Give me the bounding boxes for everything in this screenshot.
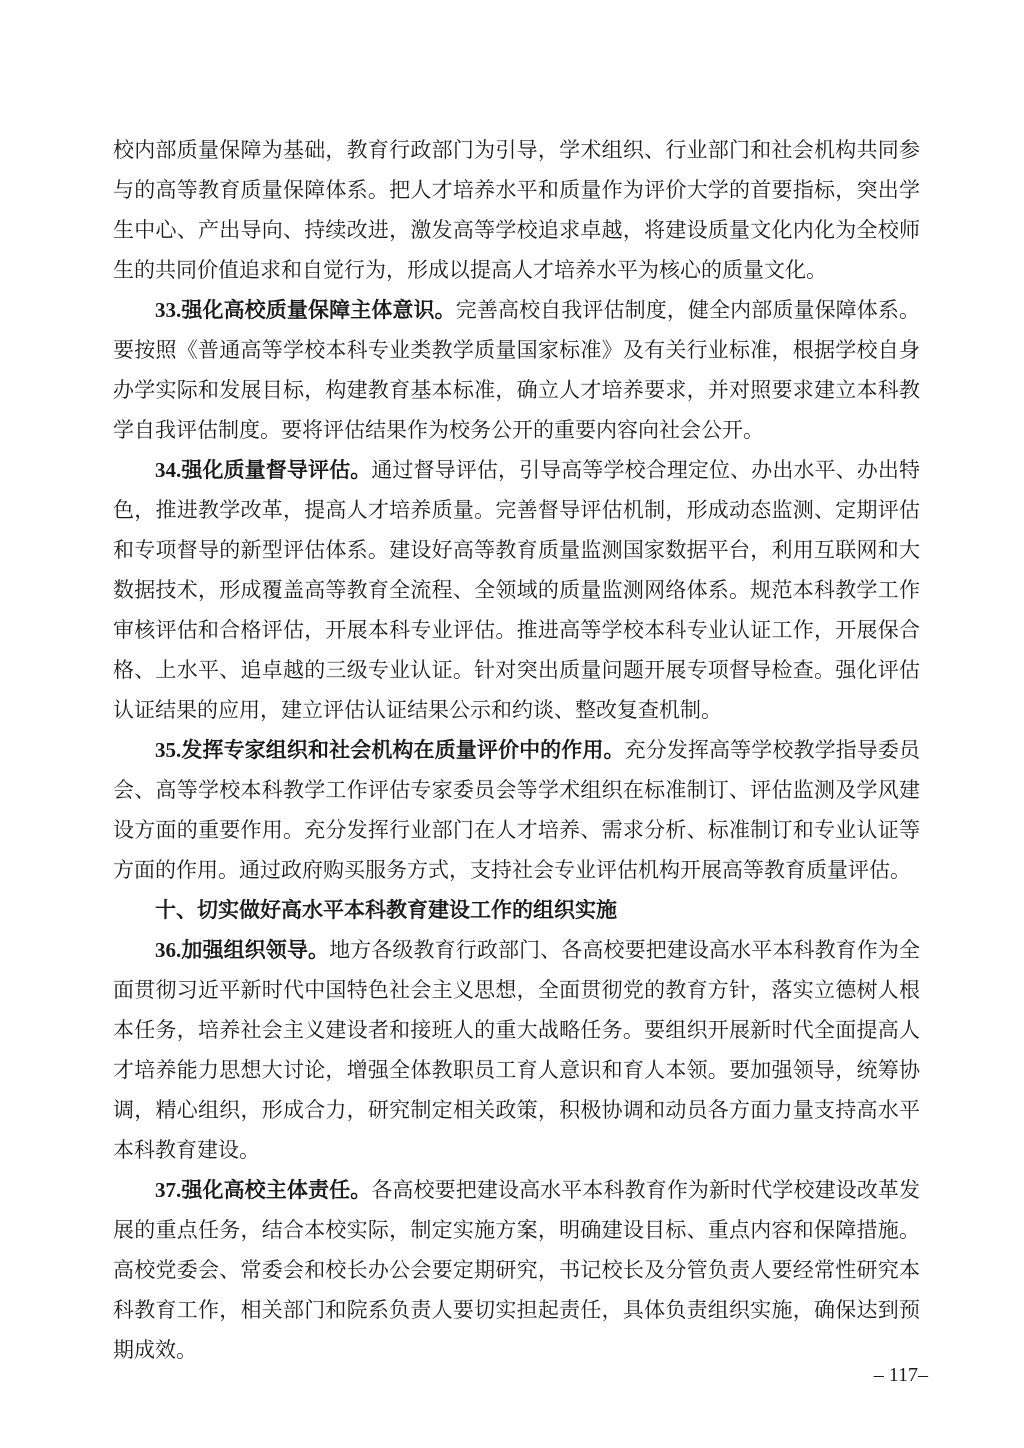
section-heading-10: 十、切实做好高水平本科教育建设工作的组织实施 <box>113 890 920 930</box>
paragraph-34-text: 通过督导评估，引导高等学校合理定位、办出水平、办出特色，推进教学改革，提高人才培… <box>113 458 920 722</box>
paragraph-37: 37.强化高校主体责任。各高校要把建设高水平本科教育作为新时代学校建设改革发展的… <box>113 1170 920 1370</box>
page-number: – 117– <box>874 1362 928 1388</box>
paragraph-33: 33.强化高校质量保障主体意识。完善高校自我评估制度，健全内部质量保障体系。要按… <box>113 290 920 450</box>
paragraph-continuation: 校内部质量保障为基础，教育行政部门为引导，学术组织、行业部门和社会机构共同参与的… <box>113 130 920 290</box>
paragraph-35: 35.发挥专家组织和社会机构在质量评价中的作用。充分发挥高等学校教学指导委员会、… <box>113 730 920 890</box>
paragraph-36-title: 36.加强组织领导。 <box>155 938 329 962</box>
paragraph-35-title: 35.发挥专家组织和社会机构在质量评价中的作用。 <box>155 738 625 762</box>
paragraph-34: 34.强化质量督导评估。通过督导评估，引导高等学校合理定位、办出水平、办出特色，… <box>113 450 920 730</box>
paragraph-36-text: 地方各级教育行政部门、各高校要把建设高水平本科教育作为全面贯彻习近平新时代中国特… <box>113 938 920 1162</box>
paragraph-36: 36.加强组织领导。地方各级教育行政部门、各高校要把建设高水平本科教育作为全面贯… <box>113 930 920 1170</box>
section-heading-10-title: 十、切实做好高水平本科教育建设工作的组织实施 <box>155 898 617 922</box>
paragraph-37-text: 各高校要把建设高水平本科教育作为新时代学校建设改革发展的重点任务，结合本校实际，… <box>113 1178 920 1362</box>
paragraph-text: 校内部质量保障为基础，教育行政部门为引导，学术组织、行业部门和社会机构共同参与的… <box>113 138 920 282</box>
paragraph-34-title: 34.强化质量督导评估。 <box>155 458 371 482</box>
paragraph-37-title: 37.强化高校主体责任。 <box>155 1178 371 1202</box>
paragraph-33-title: 33.强化高校质量保障主体意识。 <box>155 298 456 322</box>
document-body: 校内部质量保障为基础，教育行政部门为引导，学术组织、行业部门和社会机构共同参与的… <box>113 130 920 1370</box>
